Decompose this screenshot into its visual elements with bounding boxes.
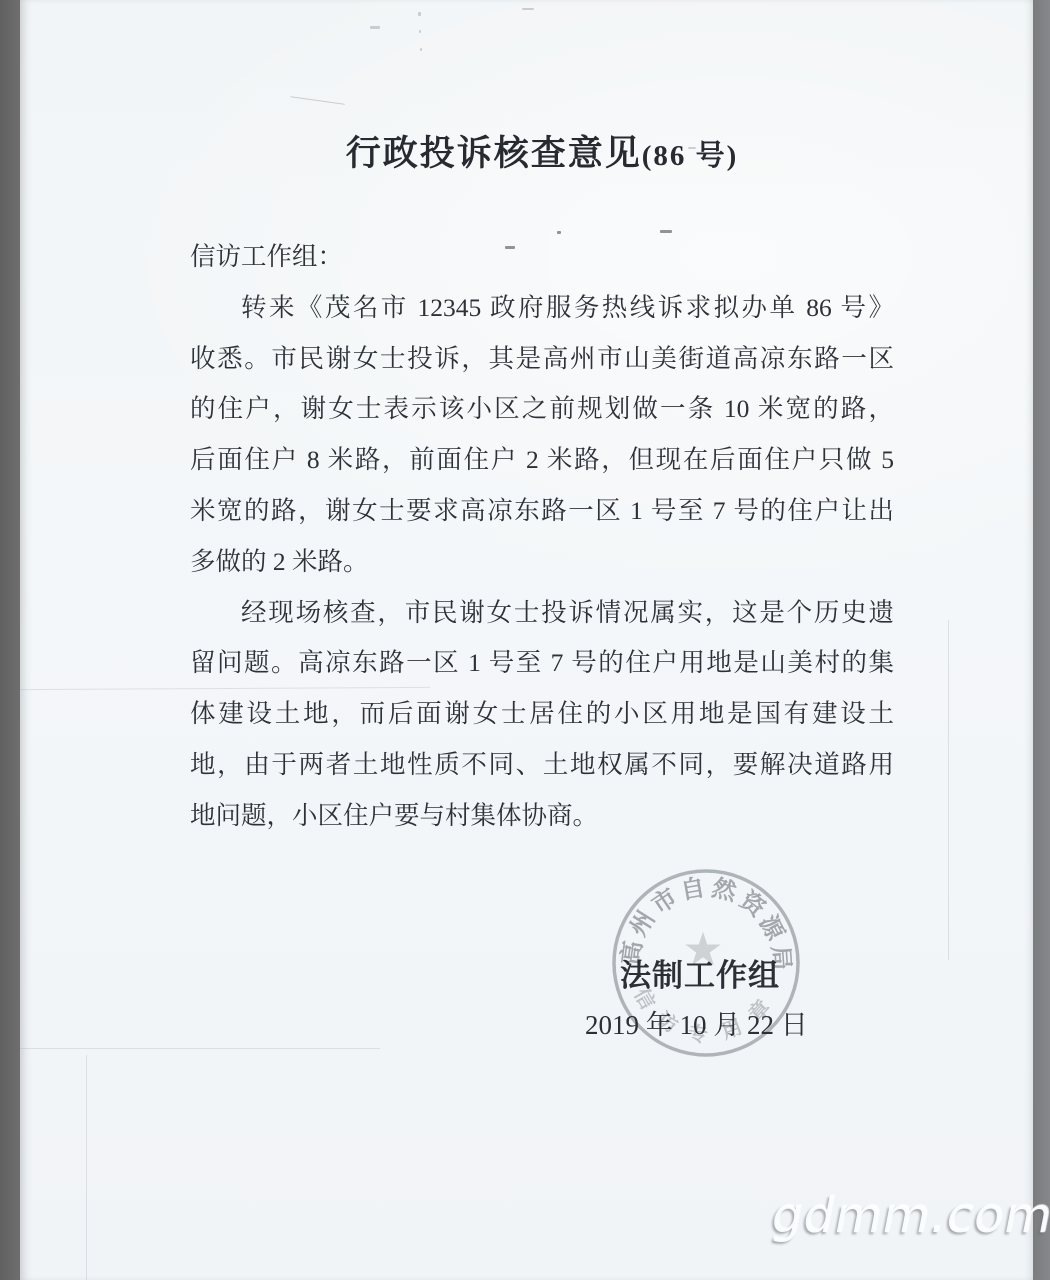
body-line: 多做的 2 米路。 — [190, 537, 894, 588]
body-line: 留问题。高凉东路一区 1 号至 7 号的住户用地是山美村的集 — [190, 638, 894, 689]
body-line: 米宽的路，谢女士要求高凉东路一区 1 号至 7 号的住户让出 — [190, 486, 894, 537]
paper-crease-horizontal — [20, 1048, 380, 1049]
body-line: 体建设土地，而后面谢女士居住的小区用地是国有建设土 — [190, 689, 894, 740]
document-body: 信访工作组： 转来《茂名市 12345 政府服务热线诉求拟办单 86 号》 收悉… — [190, 232, 894, 842]
body-line: 收悉。市民谢女士投诉，其是高州市山美街道高凉东路一区 — [190, 334, 894, 385]
document-date: 2019 年 10 月 22 日 — [585, 1003, 808, 1042]
paper-crease-vertical — [86, 1055, 87, 1280]
scan-speck — [370, 26, 380, 29]
body-line: 的住户，谢女士表示该小区之前规划做一条 10 米宽的路， — [190, 384, 894, 435]
body-line: 地，由于两者土地性质不同、土地权属不同，要解决道路用 — [190, 740, 894, 791]
watermark-text: gdmm.com — [772, 1188, 1050, 1244]
body-line: 地问题，小区住户要与村集体协商。 — [190, 791, 894, 842]
scan-speck — [418, 12, 421, 16]
scan-speck — [290, 96, 345, 105]
body-line: 后面住户 8 米路，前面住户 2 米路，但现在后面住户只做 5 — [190, 435, 894, 486]
scan-speck — [522, 8, 534, 10]
paper-crease-vertical — [948, 620, 949, 960]
document-title: 行政投诉核查意见(86 号) — [190, 126, 894, 176]
scan-speck — [420, 48, 422, 51]
scanner-bed-right-strip — [1033, 0, 1050, 1280]
document-title-text: 行政投诉核查意见 — [346, 134, 642, 173]
signature-unit: 法制工作组 — [620, 950, 780, 995]
scan-speck — [419, 30, 421, 33]
salutation-line: 信访工作组： — [190, 232, 894, 283]
body-line: 转来《茂名市 12345 政府服务热线诉求拟办单 86 号》 — [190, 283, 894, 334]
body-line: 经现场核查，市民谢女士投诉情况属实，这是个历史遗 — [190, 588, 894, 639]
scanner-bed-left-strip — [0, 0, 20, 1280]
scan-root: { "doc": { "title_main": "行政投诉核查意见", "ti… — [0, 0, 1050, 1280]
document-title-number: (86 号) — [642, 140, 739, 172]
